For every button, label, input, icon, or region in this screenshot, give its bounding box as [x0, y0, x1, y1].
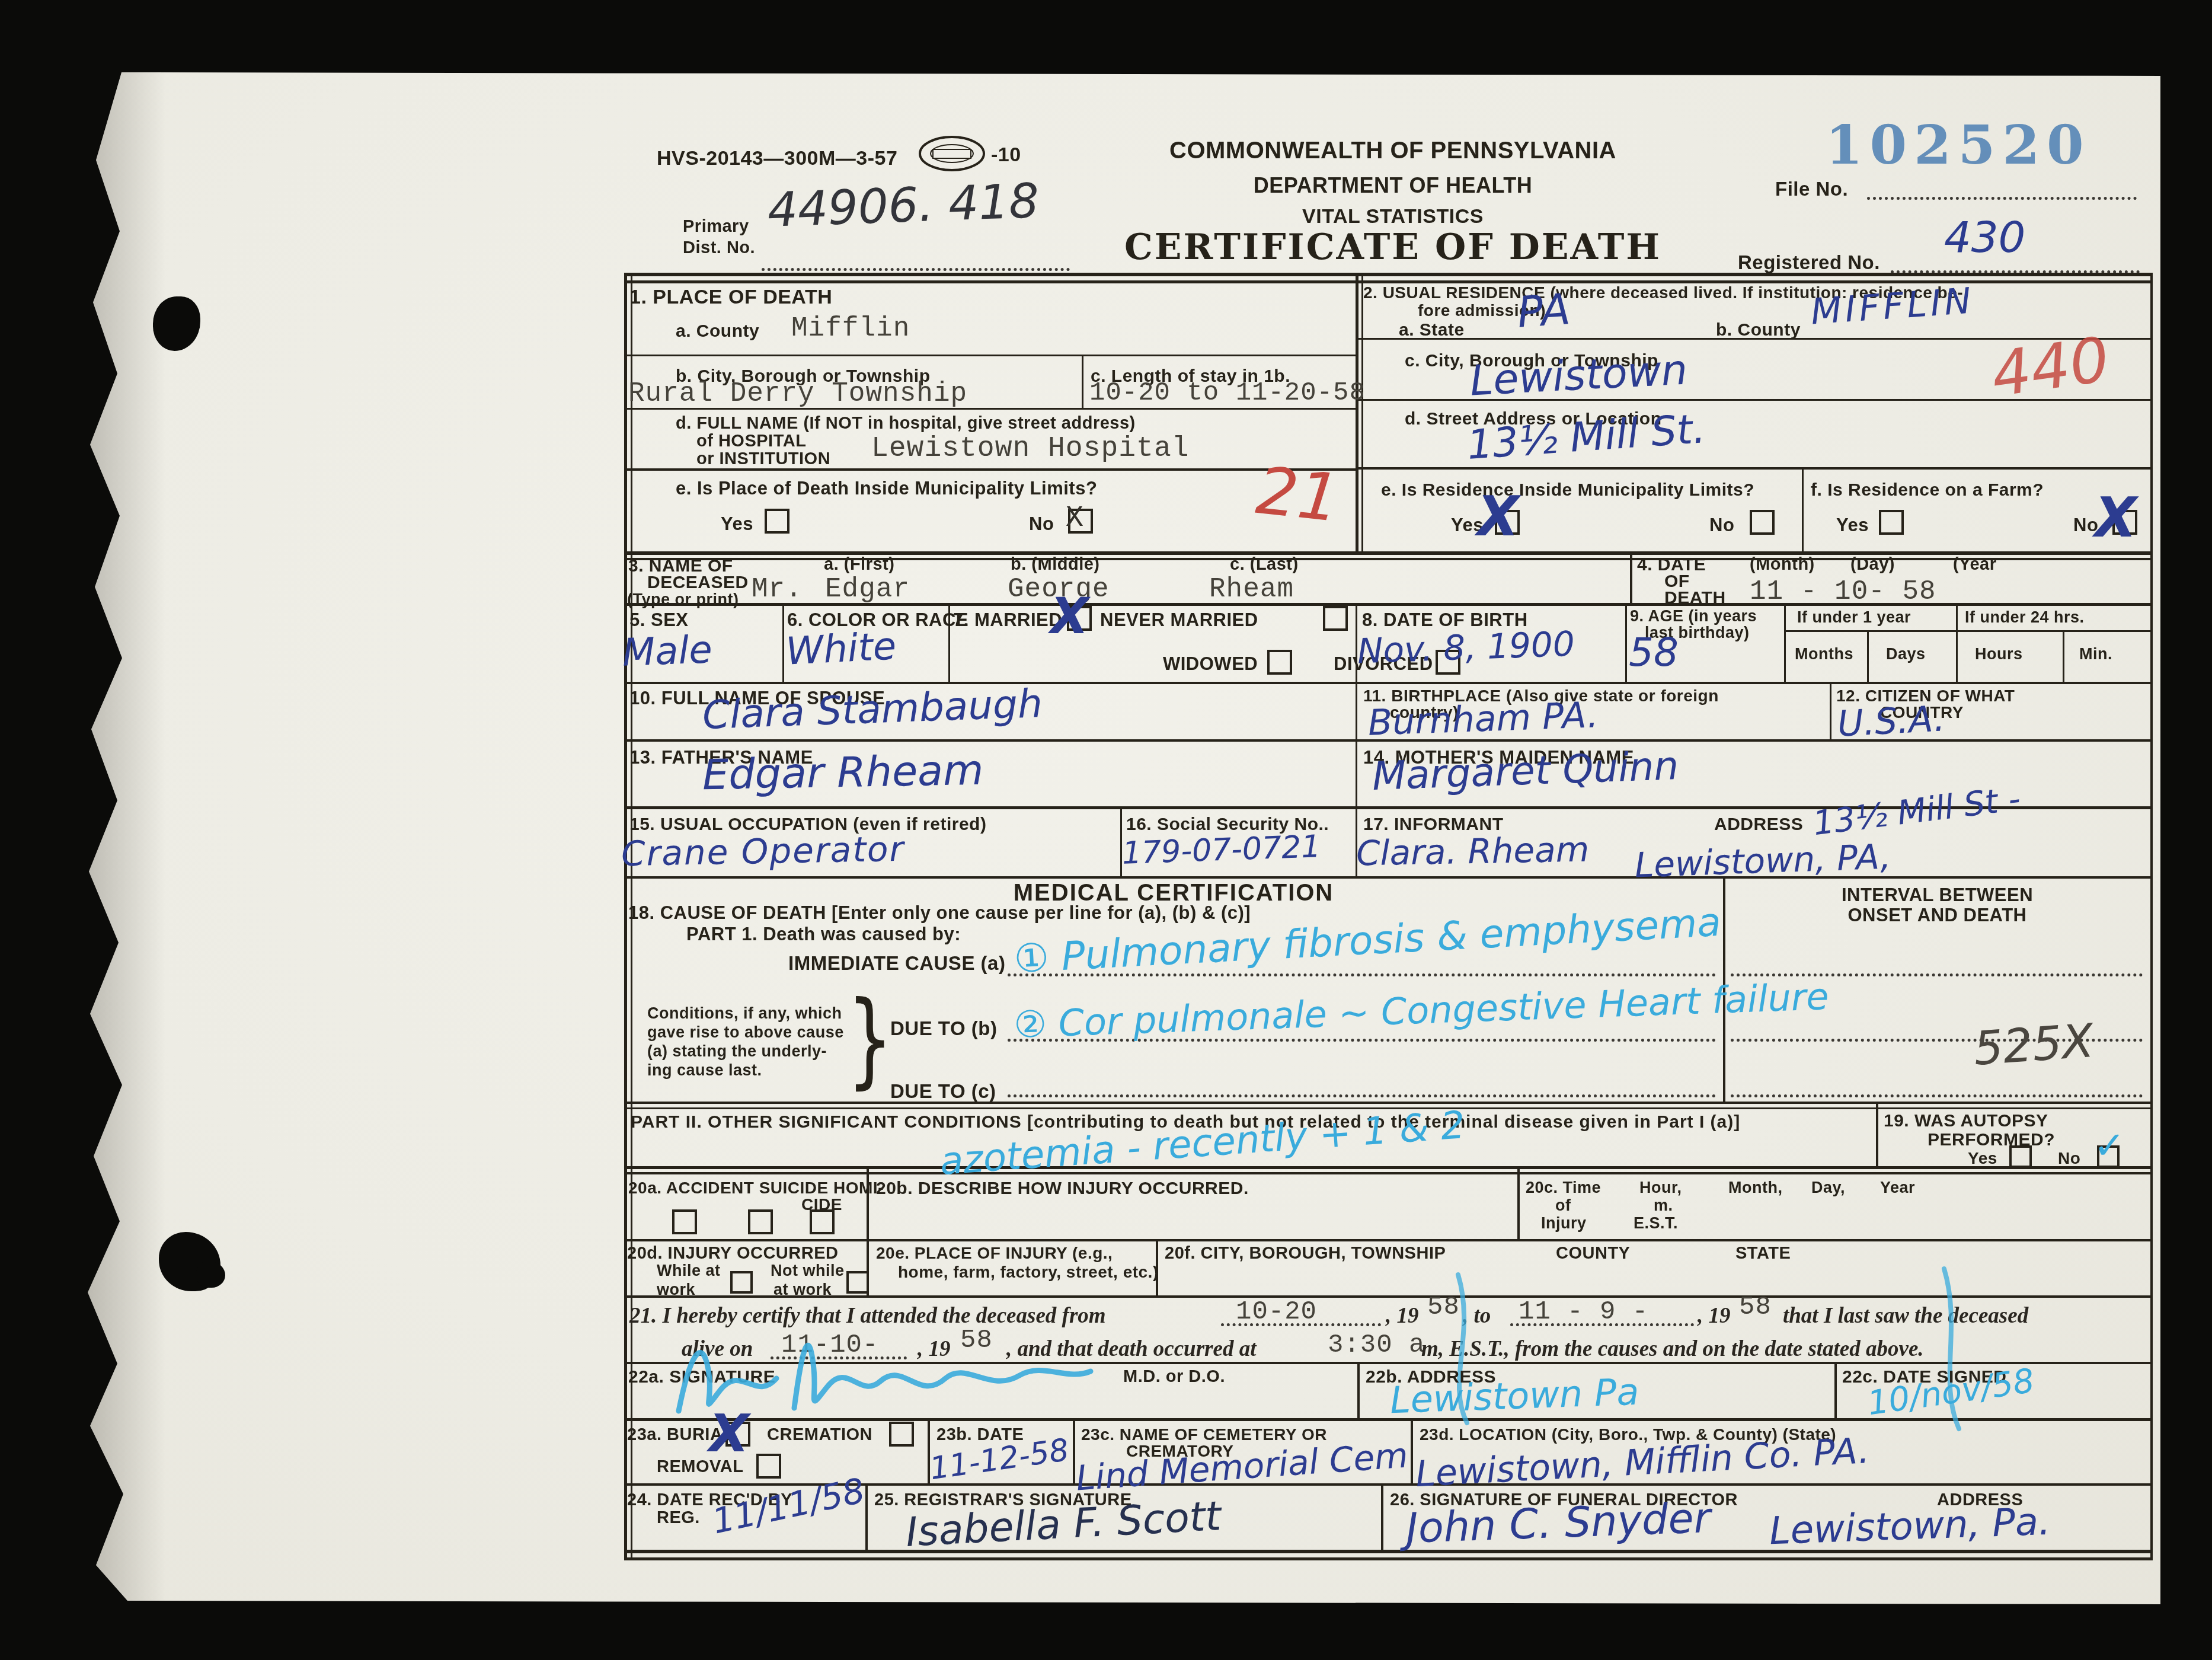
- s3-last-value: Rheam: [1209, 574, 1294, 605]
- s4-month-label: (Month): [1750, 555, 1815, 574]
- s2f-no-mark: X: [2095, 486, 2137, 550]
- org-line-1: COMMONWEALTH OF PENNSYLVANIA: [1126, 138, 1660, 164]
- s17-address-value-1: 13½ Mill St -: [1811, 780, 2022, 843]
- scanned-death-certificate: HVS-20143—300M—3-57 -10 COMMONWEALTH OF …: [0, 0, 2212, 1660]
- s9-hours-label: Hours: [1975, 645, 2023, 663]
- s21-line-1: [1221, 1323, 1381, 1326]
- s3-title3: (Type or print): [627, 590, 739, 609]
- primary-dist-no-line: [762, 268, 1070, 271]
- s20d-work-label: work: [657, 1281, 695, 1299]
- org-line-3: VITAL STATISTICS: [1126, 205, 1660, 228]
- s1d-label3: or INSTITUTION: [696, 449, 830, 469]
- s18-label: 18. CAUSE OF DEATH [Enter only one cause…: [628, 902, 1251, 924]
- registered-no-label: Registered No.: [1738, 251, 1880, 274]
- s9-value: 58: [1629, 630, 1679, 675]
- interval-header-1: INTERVAL BETWEEN: [1723, 885, 2152, 906]
- s20a-homicide-checkbox: [810, 1209, 835, 1234]
- s4-day-label: (Day): [1850, 555, 1895, 574]
- s3-first-value: Edgar: [825, 574, 910, 605]
- conditions-note-2: gave rise to above cause: [647, 1023, 844, 1042]
- s9-min-label: Min.: [2079, 645, 2112, 663]
- s1a-label: a. County: [676, 321, 759, 341]
- s1-title: 1. PLACE OF DEATH: [629, 286, 832, 309]
- s24-label2: REG.: [657, 1508, 700, 1528]
- s15-value: Crane Operator: [621, 829, 905, 874]
- s24-value: 11/11/58: [709, 1470, 868, 1542]
- s3a-label: a. (First): [824, 555, 894, 574]
- union-printing-seal-icon: [918, 134, 989, 173]
- conditions-note-3: (a) stating the underly-: [647, 1042, 827, 1061]
- s1e-no-mark: X: [1066, 502, 1084, 535]
- s8-value: Nov. 8, 1900: [1357, 624, 1575, 672]
- s1d-value: Lewistown Hospital: [871, 433, 1189, 465]
- s19-no-mark: ✓: [2093, 1124, 2125, 1168]
- file-number-stamp: 102520: [1826, 114, 2091, 177]
- interval-value: 525X: [1972, 1014, 2095, 1076]
- s20c-year-label: Year: [1880, 1179, 1915, 1197]
- s19-yes-checkbox: [2009, 1145, 2032, 1168]
- s9-label1: 9. AGE (in years: [1630, 607, 1757, 625]
- s2f-label: f. Is Residence on a Farm?: [1811, 480, 2044, 500]
- s20f-label: 20f. CITY, BOROUGH, TOWNSHIP: [1165, 1244, 1446, 1263]
- s2f-yes-label: Yes: [1836, 515, 1869, 536]
- s7-widowed-checkbox: [1267, 650, 1292, 675]
- s1a-value: Mifflin: [791, 313, 910, 344]
- interval-header-2: ONSET AND DEATH: [1723, 905, 2152, 926]
- s20b-label: 20b. DESCRIBE HOW INJURY OCCURRED.: [876, 1179, 1249, 1199]
- s2a-value: PA: [1516, 284, 1572, 337]
- document-title: CERTIFICATE OF DEATH: [1114, 226, 1671, 268]
- s5-value: Male: [622, 628, 713, 675]
- s9-days-label: Days: [1886, 645, 1926, 663]
- conditions-note-4: ing cause last.: [647, 1061, 762, 1080]
- conditions-note-1: Conditions, if any, which: [647, 1004, 842, 1023]
- s2f-yes-checkbox: [1879, 510, 1904, 535]
- s20d-whileat-checkbox: [730, 1271, 753, 1294]
- punch-hole-bottom-tear: [197, 1262, 225, 1288]
- s23a-burial-mark: X: [709, 1403, 749, 1464]
- primary-dist-no-value: 44906. 418: [767, 173, 1040, 238]
- s23a-cremation-checkbox: [889, 1422, 914, 1447]
- s4-value: 11 - 10- 58: [1750, 576, 1936, 607]
- s3b-label: b. (Middle): [1011, 555, 1099, 574]
- s16-value: 179-07-0721: [1121, 829, 1321, 871]
- s1b-value: Rural Derry Township: [628, 378, 967, 409]
- s9-under24-label: If under 24 hrs.: [1965, 608, 2085, 627]
- s7-married-label: 7. MARRIED: [953, 609, 1062, 631]
- s20e-label1: 20e. PLACE OF INJURY (e.g.,: [876, 1244, 1113, 1263]
- s20a-accident-checkbox: [672, 1209, 697, 1234]
- s2e-no-checkbox: [1750, 510, 1775, 535]
- s23c-value: Lind Memorial Cem: [1075, 1435, 1409, 1499]
- s1e-yes-checkbox: [765, 509, 789, 534]
- cause-c-line: [1008, 1094, 1716, 1097]
- s2a-label: a. State: [1399, 320, 1465, 340]
- s7-never-checkbox: [1323, 606, 1348, 631]
- s23a-removal-checkbox: [756, 1454, 781, 1479]
- s20e-label2: home, farm, factory, street, etc.): [898, 1263, 1159, 1282]
- s20f-county-label: COUNTY: [1556, 1244, 1630, 1263]
- s2e-no-label: No: [1709, 515, 1734, 536]
- s20d-label: 20d. INJURY OCCURRED: [627, 1244, 838, 1263]
- s20f-state-label: STATE: [1735, 1244, 1791, 1263]
- punch-hole-top: [153, 296, 200, 351]
- certificate-paper: HVS-20143—300M—3-57 -10 COMMONWEALTH OF …: [0, 0, 2212, 1660]
- immediate-cause-label: IMMEDIATE CAUSE (a): [788, 952, 1005, 975]
- s1d-label2: of HOSPITAL: [696, 432, 806, 451]
- s9-months-label: Months: [1795, 645, 1853, 663]
- s2b-label2: b. County: [1716, 320, 1801, 340]
- conditions-brace: }: [847, 979, 893, 1100]
- s1e-label: e. Is Place of Death Inside Municipality…: [676, 478, 1097, 499]
- s11-value: Burnham PA.: [1367, 694, 1599, 744]
- due-to-b-label: DUE TO (b): [890, 1017, 997, 1040]
- s4-year-label: (Year: [1953, 555, 1996, 574]
- s18-part1-label: PART 1. Death was caused by:: [686, 924, 961, 945]
- s21-text-2: , 19: [1386, 1303, 1419, 1329]
- s4-label3: DEATH: [1664, 588, 1726, 608]
- s21-from-date: 10-20: [1236, 1297, 1317, 1327]
- s20c-label3: Injury: [1541, 1214, 1587, 1233]
- s22a-md-label: M.D. or D.O.: [1123, 1367, 1225, 1387]
- torn-edge-shadow: [83, 72, 166, 1604]
- due-to-c-label: DUE TO (c): [890, 1080, 996, 1103]
- seal-suffix: -10: [991, 143, 1021, 167]
- s20c-month-label: Month,: [1728, 1179, 1782, 1197]
- s19-no-label: No: [2058, 1149, 2080, 1168]
- s9-under1yr-label: If under 1 year: [1797, 608, 1911, 627]
- s23a-removal-label: REMOVAL: [657, 1457, 743, 1477]
- s21-death-time: 3:30 a: [1328, 1330, 1425, 1360]
- primary-label-2: Dist. No.: [683, 238, 755, 258]
- s3c-label: c. (Last): [1230, 555, 1299, 574]
- s20d-notwhile-checkbox: [846, 1271, 869, 1294]
- s3-prefix: Mr.: [752, 574, 803, 605]
- s19-label2: PERFORMED?: [1927, 1130, 2055, 1150]
- s12-value: U.S.A.: [1836, 698, 1946, 745]
- s19-label1: 19. WAS AUTOPSY: [1884, 1111, 2048, 1131]
- s1e-yes-label: Yes: [721, 513, 753, 535]
- s23a-cremation-label: CREMATION: [767, 1425, 872, 1445]
- s6-value: White: [785, 624, 897, 674]
- s1d-label1: d. FULL NAME (If NOT in hospital, give s…: [676, 414, 1136, 433]
- s20d-atwork-label: at work: [773, 1281, 832, 1299]
- file-no-line: [1867, 197, 2137, 200]
- s19-yes-label: Yes: [1968, 1149, 1997, 1168]
- s3-title2: DECEASED: [647, 573, 749, 593]
- s17-value: Clara. Rheam: [1356, 829, 1589, 874]
- primary-label-1: Primary: [683, 217, 749, 237]
- s1-red-annotation: 21: [1253, 452, 1344, 537]
- s7-never-label: NEVER MARRIED: [1100, 609, 1258, 631]
- file-no-label: File No.: [1775, 178, 1848, 200]
- s20d-whileat-label: While at: [657, 1262, 721, 1280]
- s1c-value: 10-20 to 11-20-58: [1089, 378, 1366, 408]
- s2e-yes-mark: X: [1477, 485, 1519, 548]
- s22b-value: Lewistown Pa: [1389, 1370, 1640, 1422]
- s7-married-mark: X: [1050, 587, 1089, 645]
- s20a-label1: 20a. ACCIDENT SUICIDE HOMI-: [628, 1179, 884, 1198]
- form-number: HVS-20143—300M—3-57: [657, 147, 897, 170]
- s20a-suicide-checkbox: [748, 1209, 773, 1234]
- interval-c-line: [1731, 1094, 2143, 1097]
- s20c-day-label: Day,: [1811, 1179, 1845, 1197]
- s13-value: Edgar Rheam: [702, 746, 984, 799]
- cause-b-value: ② Cor pulmonale ~ Congestive Heart failu…: [1013, 975, 1830, 1046]
- s5-label: 5. SEX: [629, 609, 689, 631]
- s20c-est-label: E.S.T.: [1634, 1214, 1678, 1233]
- s20c-label1: 20c. Time: [1526, 1179, 1601, 1197]
- s26-funeral-director-signature: John C. Snyder: [1405, 1493, 1712, 1553]
- registered-no-value: 430: [1944, 212, 2025, 262]
- s26-address-value: Lewistown, Pa.: [1769, 1500, 2051, 1554]
- s1e-no-label: No: [1029, 513, 1054, 535]
- s17-address-label: ADDRESS: [1714, 815, 1803, 835]
- s20c-label2: of: [1555, 1196, 1571, 1215]
- s7-widowed-label: WIDOWED: [1163, 653, 1258, 675]
- s20c-m-label: m.: [1654, 1196, 1673, 1215]
- s20c-hour-label: Hour,: [1639, 1179, 1682, 1197]
- s2e-label: e. Is Residence Inside Municipality Limi…: [1381, 480, 1754, 500]
- s20d-notwhile-label: Not while: [771, 1262, 845, 1280]
- org-line-2: DEPARTMENT OF HEALTH: [1126, 173, 1660, 198]
- s2-red-annotation: 440: [1987, 323, 2114, 411]
